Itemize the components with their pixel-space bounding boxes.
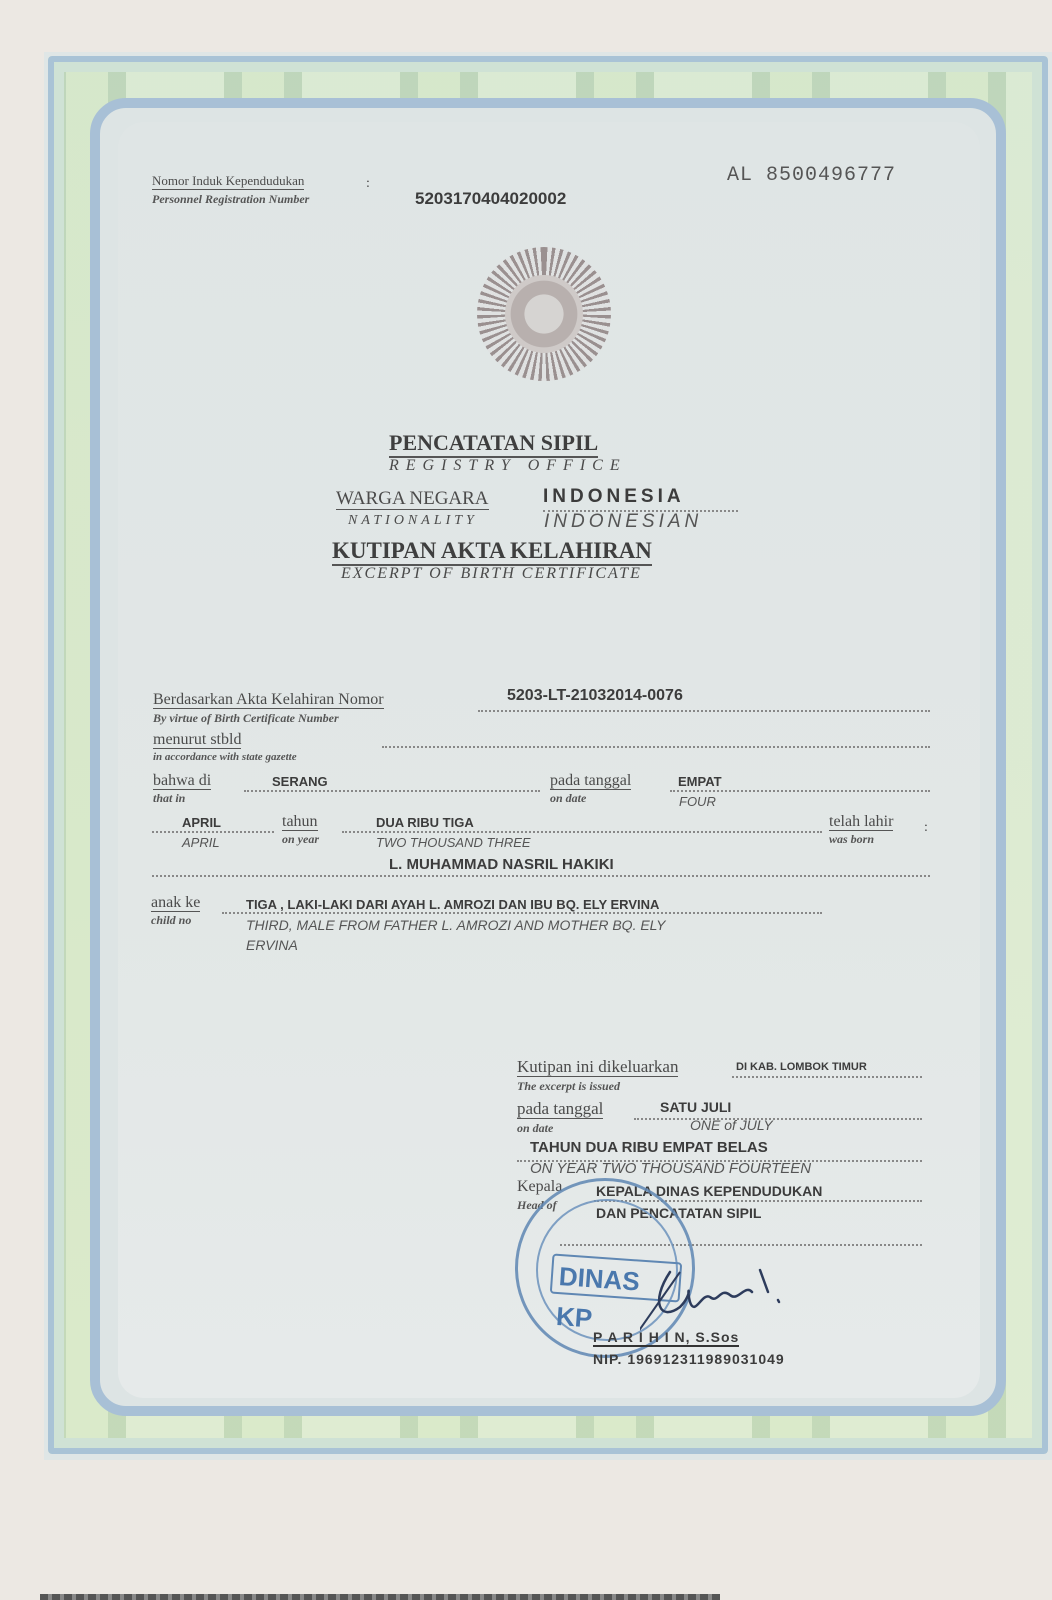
office-title: PENCATATAN SIPIL bbox=[389, 430, 598, 458]
signatory-name: P A R I H I N, S.Sos bbox=[593, 1329, 739, 1347]
child-no-label: anak ke bbox=[151, 894, 200, 912]
nik-colon: : bbox=[366, 176, 370, 192]
cert-number-dotline bbox=[478, 710, 930, 712]
signatory-nip: NIP. 196912311989031049 bbox=[593, 1351, 785, 1367]
nationality-label-en: NATIONALITY bbox=[348, 513, 478, 529]
birth-month-value: APRIL bbox=[182, 815, 221, 830]
born-colon: : bbox=[924, 820, 928, 836]
child-name: L. MUHAMMAD NASRIL HAKIKI bbox=[389, 856, 614, 873]
photo-edge-strip bbox=[40, 1594, 720, 1600]
nationality-label: WARGA NEGARA bbox=[336, 488, 489, 510]
child-no-dotline bbox=[222, 912, 822, 914]
issue-year: TAHUN DUA RIBU EMPAT BELAS bbox=[530, 1139, 768, 1156]
serial-number: AL 8500496777 bbox=[727, 164, 896, 187]
issued-place: DI KAB. LOMBOK TIMUR bbox=[736, 1061, 867, 1073]
born-label-en: was born bbox=[829, 832, 874, 847]
issued-label-en: The excerpt is issued bbox=[517, 1079, 620, 1094]
garuda-emblem-icon bbox=[477, 247, 611, 381]
cert-number-value: 5203-LT-21032014-0076 bbox=[507, 687, 683, 705]
child-no-value-en-1: THIRD, MALE FROM FATHER L. AMROZI AND MO… bbox=[246, 917, 666, 933]
issue-year-en: ON YEAR TWO THOUSAND FOURTEEN bbox=[530, 1160, 811, 1177]
nationality-value-en: INDONESIAN bbox=[544, 511, 702, 533]
birth-year-label-en: on year bbox=[282, 832, 319, 847]
stbld-label-en: in accordance with state gazette bbox=[153, 751, 297, 763]
issue-date-dotline bbox=[634, 1118, 922, 1120]
birth-year-value-en: TWO THOUSAND THREE bbox=[376, 835, 531, 850]
document-title: KUTIPAN AKTA KELAHIRAN bbox=[332, 538, 652, 566]
stbld-dotline bbox=[382, 746, 930, 748]
issued-place-dotline bbox=[732, 1076, 922, 1078]
place-dotline bbox=[244, 790, 540, 792]
place-label-en: that in bbox=[153, 791, 185, 806]
birth-month-dotline bbox=[152, 831, 274, 833]
nik-label: Nomor Induk Kependudukan bbox=[152, 172, 304, 190]
issue-date-label: pada tanggal bbox=[517, 1099, 603, 1119]
child-no-label-en: child no bbox=[151, 913, 191, 928]
birth-year-label: tahun bbox=[282, 813, 318, 831]
issued-label: Kutipan ini dikeluarkan bbox=[517, 1057, 678, 1077]
birth-date-value-en: FOUR bbox=[679, 794, 716, 809]
birth-year-value: DUA RIBU TIGA bbox=[376, 815, 474, 830]
birth-month-value-en: APRIL bbox=[182, 835, 220, 850]
cert-number-label: Berdasarkan Akta Kelahiran Nomor bbox=[153, 691, 384, 709]
child-name-dotline bbox=[152, 875, 930, 877]
nik-value: 5203170404020002 bbox=[415, 189, 566, 209]
birth-date-dotline bbox=[670, 790, 930, 792]
child-no-value: TIGA , LAKI-LAKI DARI AYAH L. AMROZI DAN… bbox=[246, 897, 659, 912]
office-title-en: REGISTRY OFFICE bbox=[389, 457, 627, 475]
place-value: SERANG bbox=[272, 774, 328, 789]
document-title-en: EXCERPT OF BIRTH CERTIFICATE bbox=[341, 565, 642, 583]
cert-number-label-en: By virtue of Birth Certificate Number bbox=[153, 711, 339, 726]
nik-label-en: Personnel Registration Number bbox=[152, 192, 309, 207]
issue-date-label-en: on date bbox=[517, 1121, 553, 1136]
birth-year-dotline bbox=[342, 831, 822, 833]
birth-date-label: pada tanggal bbox=[550, 772, 631, 790]
signature-icon bbox=[640, 1262, 790, 1332]
stbld-label: menurut stbld bbox=[153, 731, 241, 749]
born-label: telah lahir bbox=[829, 813, 893, 831]
child-no-value-en-2: ERVINA bbox=[246, 937, 298, 953]
issue-date: SATU JULI bbox=[660, 1099, 731, 1115]
birth-date-value: EMPAT bbox=[678, 774, 722, 789]
issue-date-en: ONE of JULY bbox=[690, 1117, 773, 1133]
place-label: bahwa di bbox=[153, 772, 211, 790]
birth-date-label-en: on date bbox=[550, 791, 586, 806]
nationality-value: INDONESIA bbox=[543, 486, 685, 508]
